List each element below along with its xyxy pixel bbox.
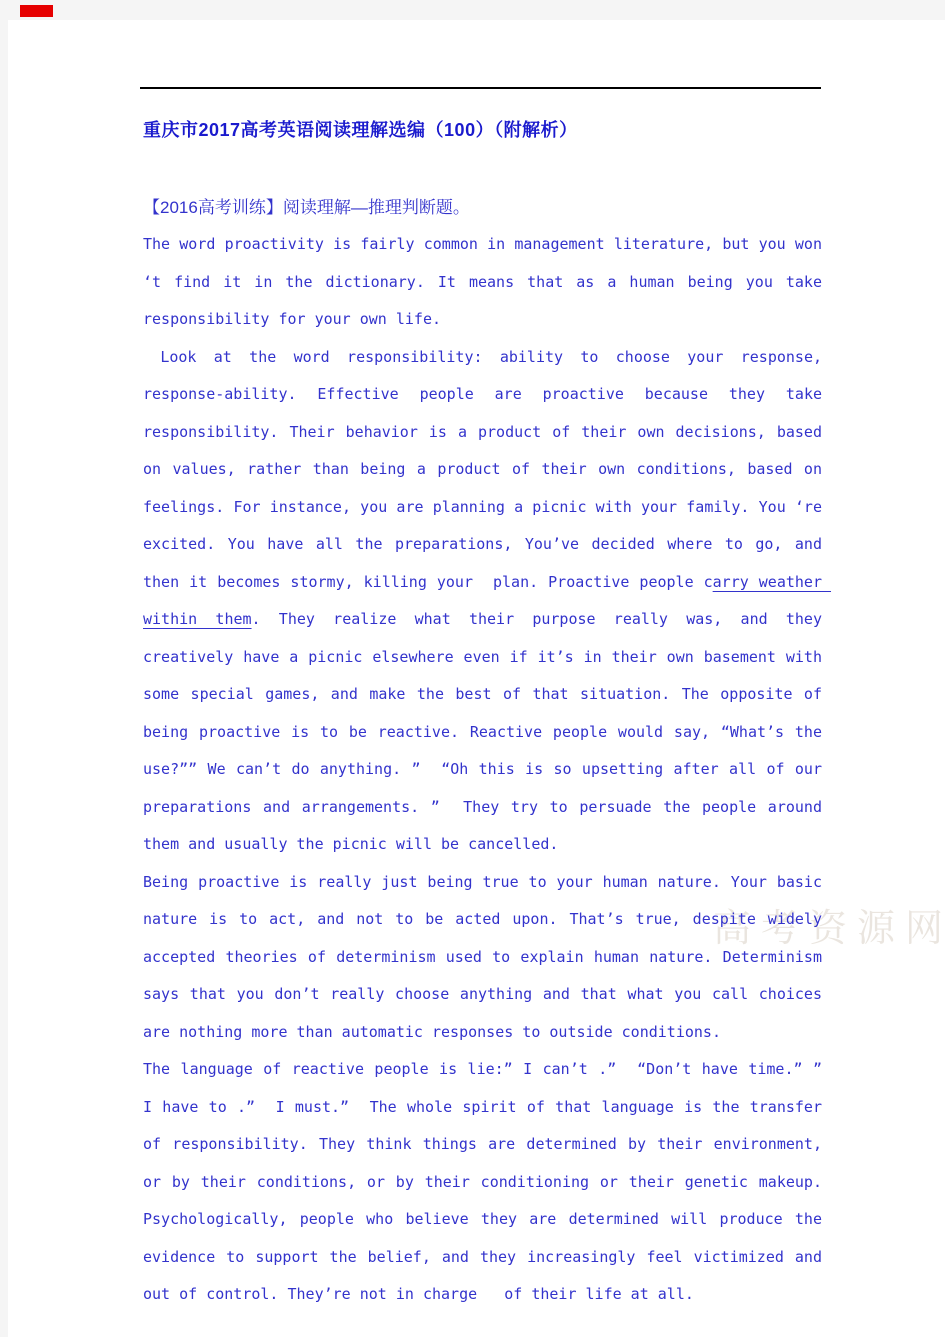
document-sheet: 重庆市2017高考英语阅读理解选编（100）（附解析） 【2016高考训练】阅读…	[8, 20, 945, 1337]
section-heading: 【2016高考训练】阅读理解—推理判断题。	[143, 193, 823, 218]
paragraph-4: The language of reactive people is lie:”…	[143, 1051, 822, 1314]
horizontal-rule	[140, 87, 821, 89]
article-body: The word proactivity is fairly common in…	[143, 226, 822, 1314]
paragraph-2: Look at the word responsibility: ability…	[143, 339, 822, 864]
paragraph-1: The word proactivity is fairly common in…	[143, 226, 822, 339]
paragraph-2-text: Look at the word responsibility: ability…	[143, 348, 831, 591]
red-marker	[20, 5, 53, 17]
document-title: 重庆市2017高考英语阅读理解选编（100）（附解析）	[143, 116, 823, 142]
paragraph-2-text-continued: . They realize what their purpose really…	[143, 610, 831, 853]
paragraph-3: Being proactive is really just being tru…	[143, 864, 822, 1052]
